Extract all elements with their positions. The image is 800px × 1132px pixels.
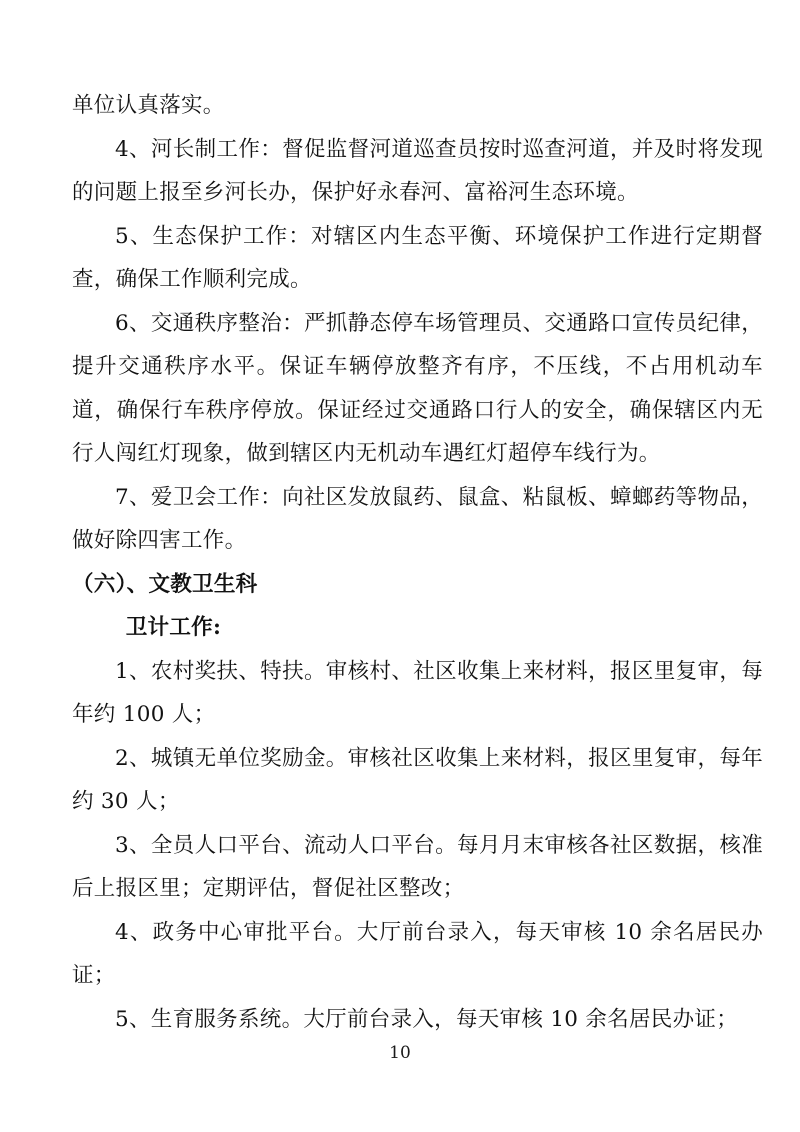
paragraph-continuation: 单位认真落实。 — [72, 84, 763, 128]
paragraph-item-7-patriotic-health: 7、爱卫会工作：向社区发放鼠药、鼠盒、粘鼠板、蟑螂药等物品，做好除四害工作。 — [72, 476, 763, 563]
paragraph-item-5-ecology: 5、生态保护工作：对辖区内生态平衡、环境保护工作进行定期督查，确保工作顺利完成。 — [72, 215, 763, 302]
paragraph-item-2-urban-rewards: 2、城镇无单位奖励金。审核社区收集上来材料，报区里复审，每年约 30 人； — [72, 737, 763, 824]
document-body: 单位认真落实。 4、河长制工作：督促监督河道巡查员按时巡查河道，并及时将发现的问… — [72, 84, 763, 1041]
paragraph-item-4-river-chief: 4、河长制工作：督促监督河道巡查员按时巡查河道，并及时将发现的问题上报至乡河长办… — [72, 128, 763, 215]
paragraph-item-1-rural-rewards: 1、农村奖扶、特扶。审核村、社区收集上来材料，报区里复审，每年约 100 人； — [72, 650, 763, 737]
paragraph-item-6-traffic: 6、交通秩序整治：严抓静态停车场管理员、交通路口宣传员纪律，提升交通秩序水平。保… — [72, 302, 763, 476]
section-heading-culture-education-health: （六）、文教卫生科 — [72, 563, 763, 607]
page-number: 10 — [0, 1042, 800, 1064]
paragraph-item-3-population-platform: 3、全员人口平台、流动人口平台。每月月末审核各社区数据，核准后上报区里；定期评估… — [72, 824, 763, 911]
paragraph-item-5-birth-service-system: 5、生育服务系统。大厅前台录入，每天审核 10 余名居民办证； — [72, 998, 763, 1042]
paragraph-item-4-approval-platform: 4、政务中心审批平台。大厅前台录入，每天审核 10 余名居民办证； — [72, 911, 763, 998]
sub-heading-health-planning-work: 卫计工作: — [72, 606, 763, 650]
document-page: 单位认真落实。 4、河长制工作：督促监督河道巡查员按时巡查河道，并及时将发现的问… — [0, 0, 800, 1132]
